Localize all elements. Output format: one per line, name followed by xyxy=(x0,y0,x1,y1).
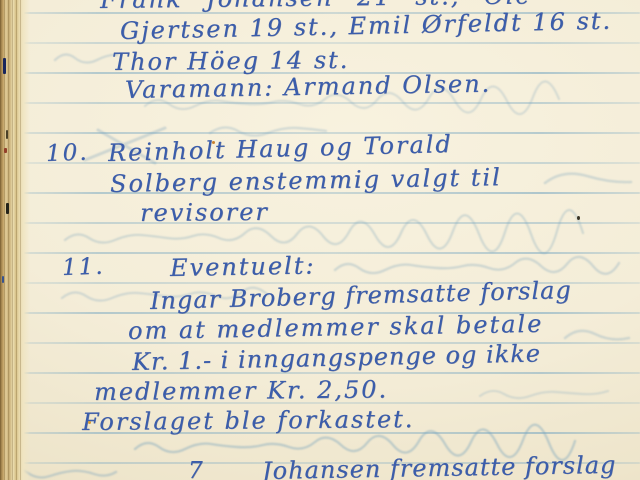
handwriting-layer: Frank Johansen 21 st., Ole Gjertsen 19 s… xyxy=(0,0,640,480)
handwriting-line: Forslaget ble forkastet. xyxy=(82,405,415,436)
bottom-partial-marker: 7 xyxy=(188,458,205,480)
handwriting-line-cropped: Johansen fremsatte forslag xyxy=(262,451,617,480)
scanned-notebook-page: Frank Johansen 21 st., Ole Gjertsen 19 s… xyxy=(0,0,640,480)
handwriting-line: medlemmer Kr. 2,50. xyxy=(94,375,388,406)
paper-speck xyxy=(577,216,580,220)
handwriting-line: Eventuelt: xyxy=(170,251,316,282)
handwriting-line: Solberg enstemmig valgt til xyxy=(110,163,502,198)
handwriting-line: Varamann: Armand Olsen. xyxy=(125,70,492,104)
item-number: 11. xyxy=(62,254,105,281)
paper-speck xyxy=(212,141,215,144)
handwriting-line: Kr. 1.- i inngangspenge og ikke xyxy=(132,339,541,376)
item-number: 10. xyxy=(46,140,89,167)
handwriting-line: Thor Höeg 14 st. xyxy=(112,46,350,76)
handwriting-line: Reinholt Haug og Torald xyxy=(108,130,453,167)
handwriting-line: revisorer xyxy=(140,198,269,227)
paper-speck xyxy=(88,421,91,424)
handwriting-line: Ingar Broberg fremsatte forslag xyxy=(150,276,572,315)
